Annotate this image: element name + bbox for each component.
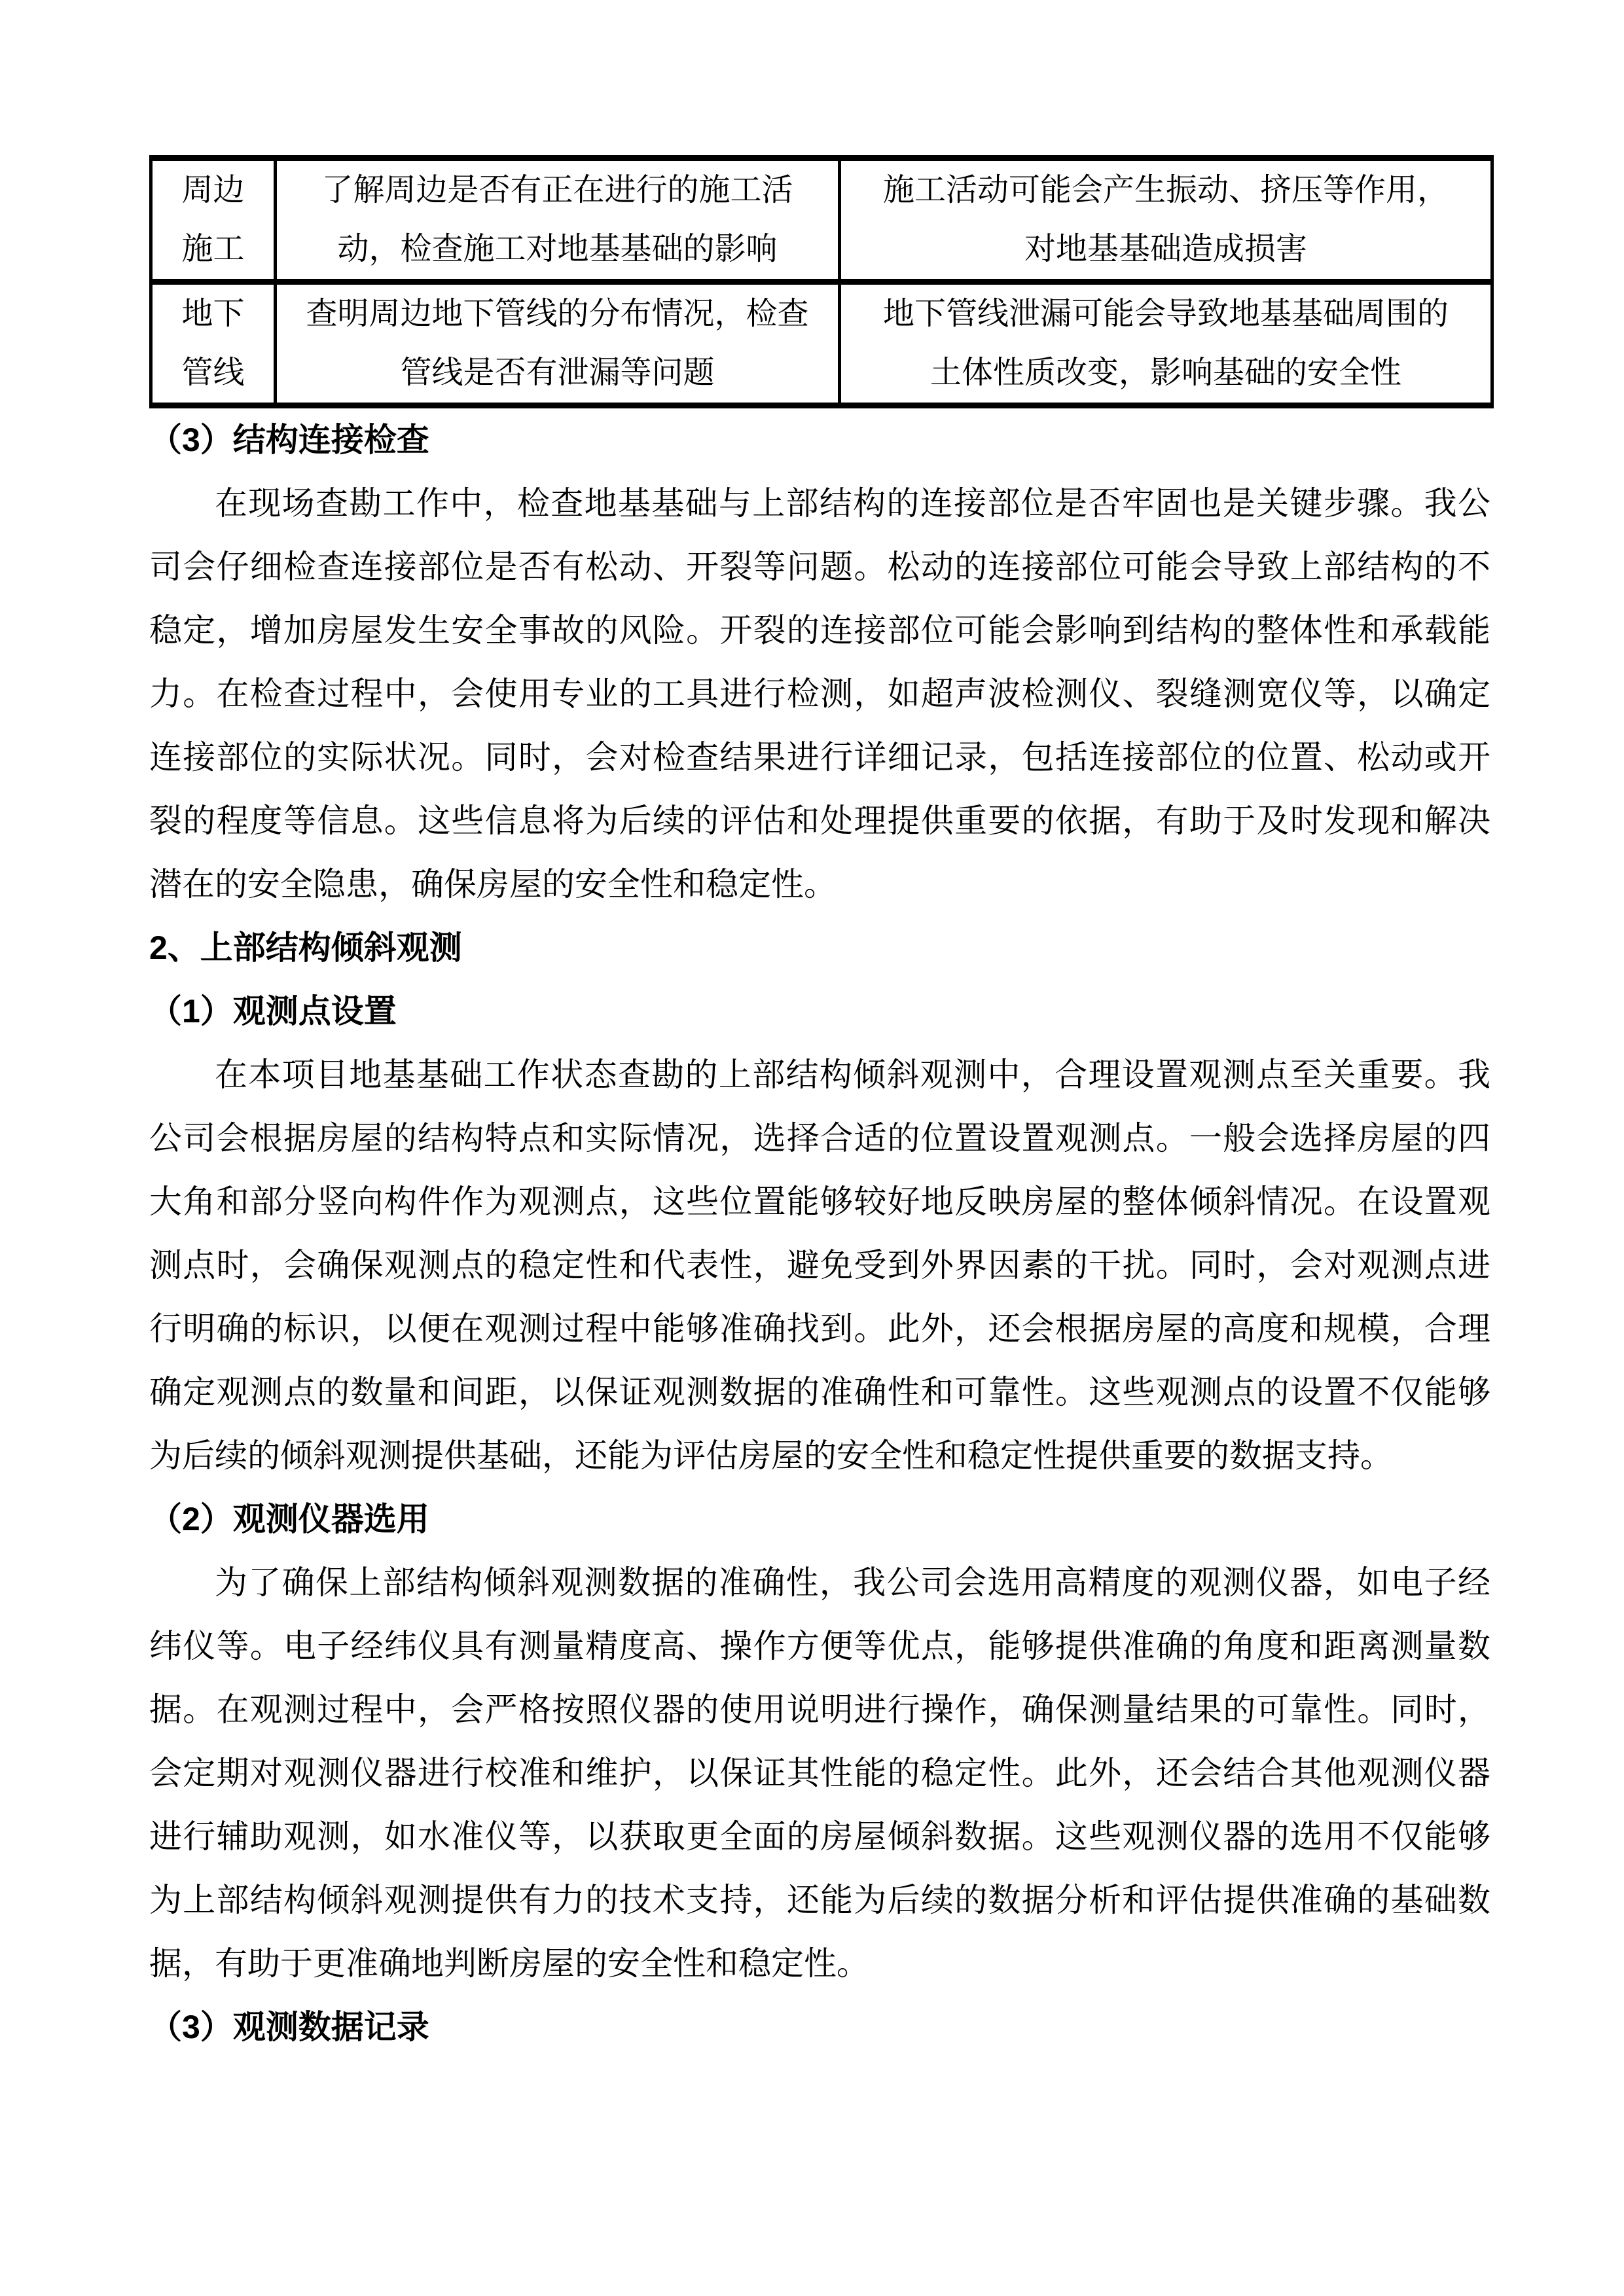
table-row-surrounding-construction: 周边 施工 了解周边是否有正在进行的施工活 动，检查施工对地基基础的影响 施工活… — [151, 158, 1492, 282]
impact-cell: 施工活动可能会产生振动、挤压等作用， 对地基基础造成损害 — [840, 158, 1492, 282]
page-content: 周边 施工 了解周边是否有正在进行的施工活 动，检查施工对地基基础的影响 施工活… — [149, 155, 1490, 2059]
content-cell: 了解周边是否有正在进行的施工活 动，检查施工对地基基础的影响 — [276, 158, 840, 282]
section-heading-observation-data-recording: （3）观测数据记录 — [149, 1996, 1490, 2059]
document-page: 周边 施工 了解周边是否有正在进行的施工活 动，检查施工对地基基础的影响 施工活… — [0, 0, 1624, 2296]
content-cell: 查明周边地下管线的分布情况，检查 管线是否有泄漏等问题 — [276, 282, 840, 406]
chapter-heading-superstructure-tilt-observation: 2、上部结构倾斜观测 — [149, 916, 1490, 980]
section-heading-instrument-selection: （2）观测仪器选用 — [149, 1488, 1490, 1551]
paragraph-structure-connection-check: 在现场查勘工作中，检查地基基础与上部结构的连接部位是否牢固也是关键步骤。我公司会… — [149, 472, 1490, 916]
item-cell: 地下 管线 — [151, 282, 276, 406]
table-row-underground-pipelines: 地下 管线 查明周边地下管线的分布情况，检查 管线是否有泄漏等问题 地下管线泄漏… — [151, 282, 1492, 406]
inspection-items-table: 周边 施工 了解周边是否有正在进行的施工活 动，检查施工对地基基础的影响 施工活… — [149, 155, 1494, 408]
section-heading-observation-point-setup: （1）观测点设置 — [149, 980, 1490, 1043]
impact-cell: 地下管线泄漏可能会导致地基基础周围的 土体性质改变，影响基础的安全性 — [840, 282, 1492, 406]
section-heading-structure-connection-check: （3）结构连接检查 — [149, 408, 1490, 472]
paragraph-observation-point-setup: 在本项目地基基础工作状态查勘的上部结构倾斜观测中，合理设置观测点至关重要。我公司… — [149, 1043, 1490, 1488]
item-cell: 周边 施工 — [151, 158, 276, 282]
paragraph-instrument-selection: 为了确保上部结构倾斜观测数据的准确性，我公司会选用高精度的观测仪器，如电子经纬仪… — [149, 1551, 1490, 1996]
